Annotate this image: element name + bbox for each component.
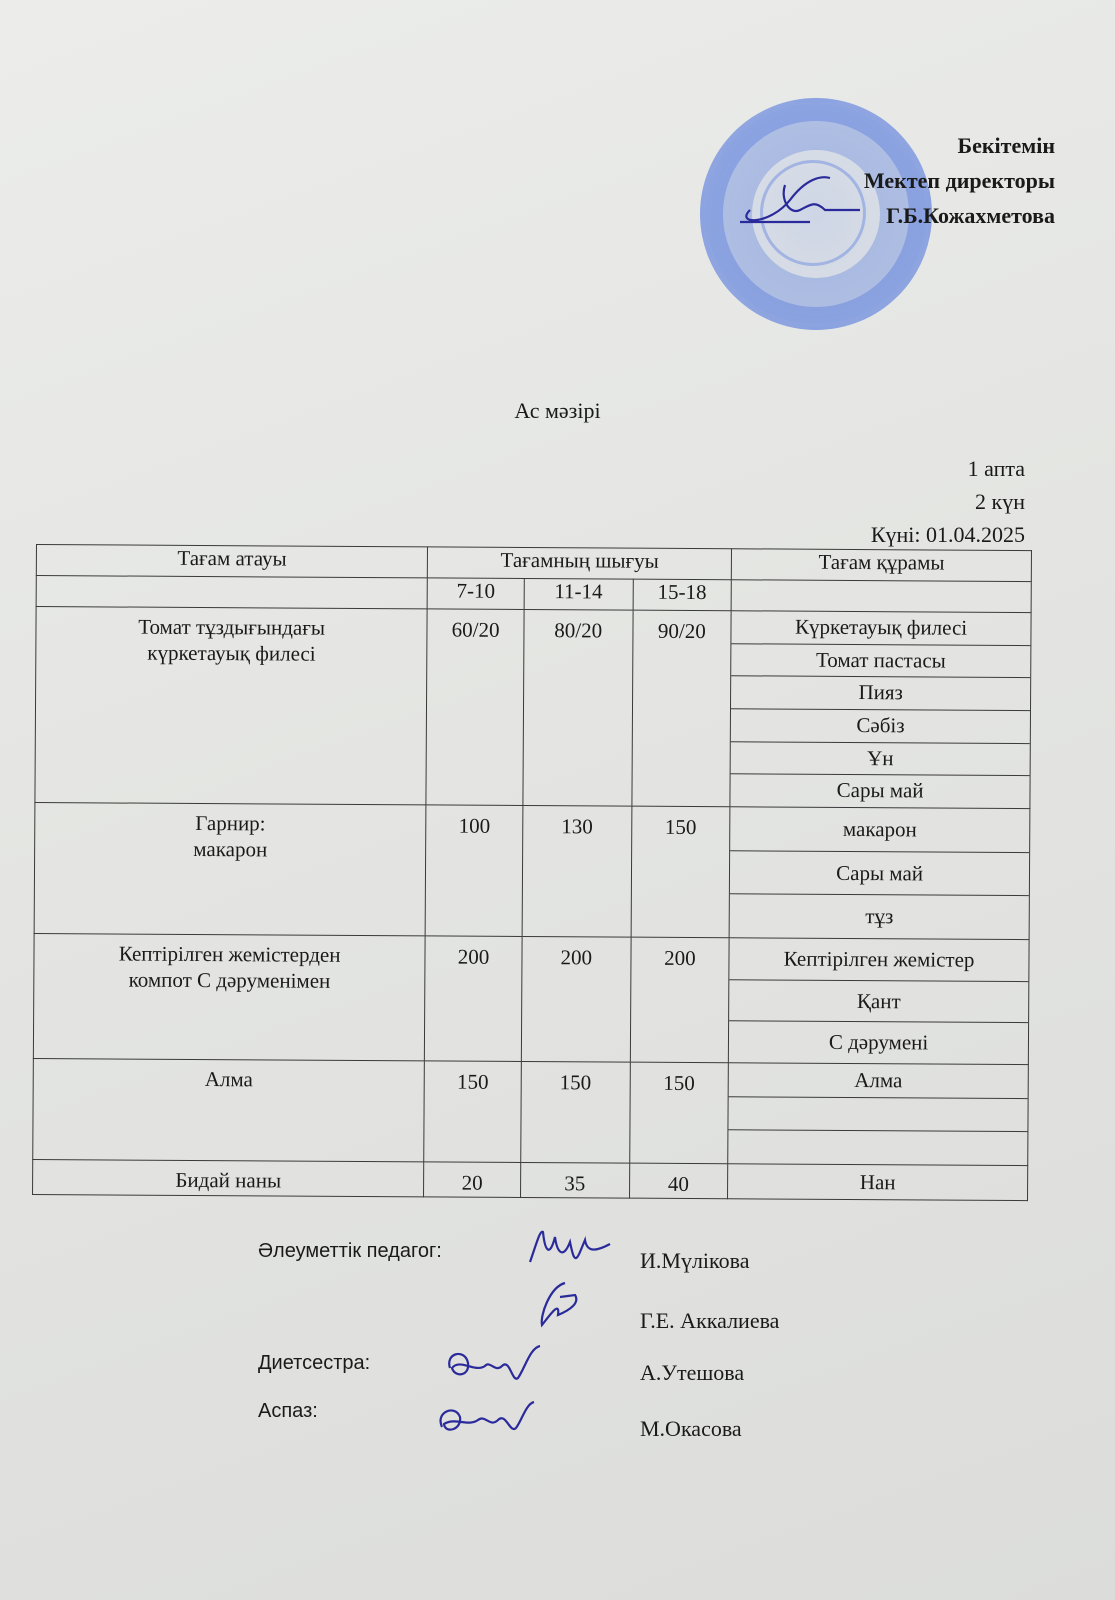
ingredients-cell: Алма [728, 1063, 1028, 1166]
ingredient-item: С дәрумені [729, 1020, 1028, 1063]
page-title: Ас мәзірі [0, 398, 1115, 424]
table-row: Бидай наны203540Нан [33, 1159, 1028, 1200]
name-cook: М.Окасова [640, 1416, 742, 1442]
dish-name-line: Алма [34, 1065, 424, 1093]
quantity-cell: 200 [630, 937, 729, 1063]
ingredient-list: Күркетауық филесіТомат пастасыПиязСәбізҰ… [731, 611, 1031, 808]
ingredient-list: макаронСары майтұз [730, 807, 1030, 939]
ingredient-list: Алма [728, 1063, 1027, 1165]
header-age-11-14: 11-14 [524, 578, 633, 610]
quantity-cell: 20 [424, 1162, 521, 1198]
date-label: Күні: 01.04.2025 [871, 518, 1025, 551]
quantity-cell: 40 [629, 1163, 728, 1199]
approval-line3: Г.Б.Кожахметова [864, 198, 1055, 233]
ingredients-cell: макаронСары майтұз [729, 807, 1030, 940]
quantity-cell: 200 [521, 936, 630, 1062]
dish-name-line: Бидай наны [33, 1166, 423, 1194]
dish-name: Гарнир:макарон [34, 802, 426, 935]
signature-cook [430, 1392, 540, 1442]
ingredient-item: Пияз [731, 676, 1030, 710]
quantity-cell: 90/20 [631, 610, 731, 807]
ingredient-item: Күркетауық филесі [732, 611, 1031, 644]
week-label: 1 апта [871, 452, 1025, 485]
dish-name-line: күркетауық филесі [36, 639, 426, 667]
dish-name-line: компот С дәруменімен [34, 966, 424, 994]
ingredient-item [729, 1096, 1028, 1131]
ingredients-cell: Күркетауық филесіТомат пастасыПиязСәбізҰ… [730, 611, 1031, 809]
menu-table: Тағам атауы Тағамның шығуы Тағам құрамы … [32, 544, 1032, 1201]
quantity-cell: 150 [521, 1061, 630, 1163]
name-akkalieva: Г.Е. Аккалиева [640, 1308, 779, 1334]
ingredient-item: Кептірілген жемістер [730, 938, 1029, 980]
header-composition-empty [731, 580, 1031, 613]
quantity-cell: 150 [629, 1062, 728, 1164]
header-composition: Тағам құрамы [732, 549, 1032, 582]
dish-name-line: макарон [35, 835, 425, 863]
ingredient-item: Сәбіз [731, 708, 1030, 742]
header-empty [36, 576, 427, 609]
quantity-cell: 35 [520, 1162, 629, 1198]
ingredient-item: Сары май [731, 774, 1030, 808]
quantity-cell: 200 [425, 936, 522, 1062]
table-row: Томат тұздығындағыкүркетауық филесі60/20… [35, 607, 1031, 809]
header-age-15-18: 15-18 [633, 579, 732, 611]
role-dietitian: Диетсестра: [258, 1352, 370, 1375]
director-signature [730, 170, 870, 230]
signature-social-pedagogue [525, 1222, 615, 1272]
quantity-cell: 150 [631, 806, 730, 938]
quantity-cell: 80/20 [523, 609, 633, 806]
ingredient-item: Ұн [731, 741, 1030, 775]
dish-name-line: Кептірілген жемістерден [34, 940, 424, 968]
document-meta: 1 апта 2 күн Күні: 01.04.2025 [871, 452, 1025, 551]
signature-akkalieva [530, 1275, 590, 1335]
ingredient-item: Нан [728, 1164, 1027, 1200]
day-label: 2 күн [871, 485, 1025, 518]
ingredient-item: Сары май [730, 850, 1029, 895]
role-cook: Аспаз: [258, 1400, 318, 1423]
signature-dietitian [440, 1338, 550, 1388]
dish-name-line: Гарнир: [35, 809, 425, 837]
ingredient-item [728, 1129, 1027, 1164]
ingredient-item: Томат пастасы [731, 643, 1030, 677]
header-age-7-10: 7-10 [427, 578, 524, 610]
dish-name: Кептірілген жемістерденкомпот С дәрумені… [33, 933, 425, 1060]
dish-name: Алма [33, 1058, 425, 1161]
table-row: Алма150150150Алма [33, 1058, 1029, 1165]
quantity-cell: 60/20 [426, 609, 524, 806]
table-row: Гарнир:макарон100130150макаронСары майтұ… [34, 802, 1030, 939]
role-social-pedagogue: Әлеуметтік педагог: [258, 1240, 442, 1263]
approval-line2: Мектеп директоры [864, 163, 1055, 198]
ingredients-cell: Кептірілген жемістерҚантС дәрумені [729, 938, 1030, 1065]
dish-name-line: Томат тұздығындағы [36, 613, 426, 641]
ingredient-item: макарон [730, 807, 1029, 851]
dish-name: Бидай наны [33, 1159, 424, 1196]
ingredient-item: Қант [729, 979, 1028, 1022]
quantity-cell: 100 [425, 805, 522, 937]
approval-line1: Бекітемін [864, 128, 1055, 163]
ingredient-list: Кептірілген жемістерҚантС дәрумені [729, 938, 1029, 1064]
table-row: Кептірілген жемістерденкомпот С дәрумені… [33, 933, 1029, 1064]
ingredient-item: тұз [730, 893, 1029, 938]
name-dietitian: А.Утешова [640, 1360, 744, 1386]
ingredients-cell: Нан [728, 1164, 1028, 1201]
ingredient-item: Алма [729, 1063, 1028, 1097]
quantity-cell: 130 [522, 805, 631, 937]
quantity-cell: 150 [424, 1061, 521, 1163]
approval-block: Бекітемін Мектеп директоры Г.Б.Кожахмето… [864, 128, 1055, 233]
dish-name: Томат тұздығындағыкүркетауық филесі [35, 607, 427, 805]
name-social-pedagogue: И.Мүлікова [640, 1248, 749, 1274]
header-output: Тағамның шығуы [428, 547, 732, 580]
header-dish-name: Тағам атауы [36, 545, 427, 578]
ingredient-list: Нан [728, 1164, 1027, 1200]
